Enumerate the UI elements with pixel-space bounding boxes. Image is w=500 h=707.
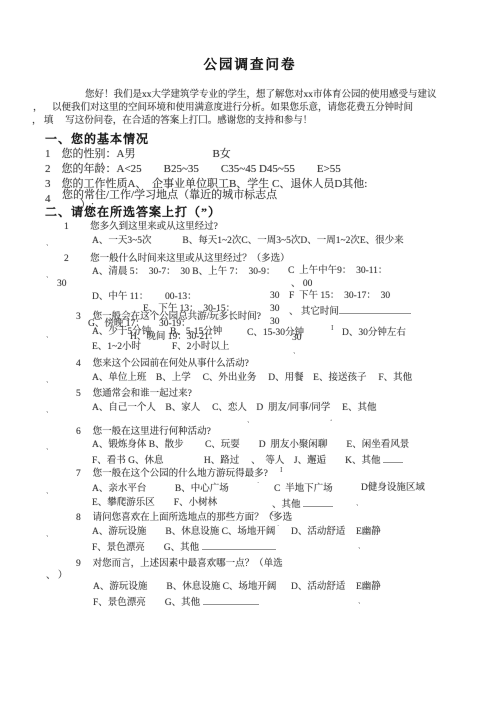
option: D健身设施区域 bbox=[361, 483, 425, 494]
stray-mark: 、 bbox=[293, 347, 300, 355]
wrap-fragment: 30 bbox=[57, 279, 67, 290]
page-title-text: 公园调查问卷 bbox=[204, 57, 297, 72]
option: B、5-15分钟 bbox=[170, 327, 222, 338]
stray-mark: ` bbox=[277, 524, 279, 532]
option-row: A、亲水平台 B、中心广场 bbox=[92, 484, 229, 495]
question-liked-aspects: 8 请问您喜欢在上面所选地点的那些方面？（多选 bbox=[76, 513, 292, 524]
option-row: A、清晨 5： 30-7： 30 B、上午 7： 30-9： bbox=[92, 267, 275, 278]
question-activity: 6 您一般在这里进行何种活动? bbox=[76, 427, 211, 438]
stray-mark: I bbox=[280, 465, 283, 474]
stray-mark: 、 bbox=[46, 271, 53, 279]
wrap-fragment: 30 bbox=[270, 317, 280, 328]
stray-mark: G bbox=[271, 509, 276, 518]
option: E幽静 bbox=[356, 527, 381, 538]
question-visit-time: 2 您一般什么时间来这里或从这里经过？（多选） bbox=[64, 254, 290, 265]
option-column: C 上午中午9： 30-11： bbox=[288, 266, 387, 277]
questionnaire-page: 公园调查问卷 您好！我们是xx大学建筑学专业的学生，想了解您对xx市体育公园的使… bbox=[0, 0, 500, 707]
wrap-fragment: 30 bbox=[292, 333, 302, 344]
stray-mark: 、 bbox=[358, 597, 365, 605]
stray-mark: 、 bbox=[46, 376, 53, 384]
intro-line: ， 以便我们对这里的空间环境和使用满意度进行分析。如果您乐意，请您花费五分钟时间 bbox=[33, 103, 413, 114]
option-row: F、景色漂亮 G、其他 bbox=[93, 596, 259, 609]
question-location: 您的常住/工作/学习地点（靠近的城市标志点 bbox=[62, 189, 277, 202]
stray-mark: ‘ bbox=[330, 418, 332, 426]
question-favorite-spot: 7 您一般在这个公园的什么地方游玩得最多? bbox=[76, 469, 268, 480]
intro-line: ， 填 写这份问卷，在合适的答案上打囗。感谢您的支持和参与！ bbox=[32, 116, 312, 127]
option-column: F 下午 15： 30-17： 30 bbox=[289, 291, 390, 302]
blank-underline bbox=[303, 498, 333, 507]
question-duration: 3 您一般会在这个公园总共游/玩多长时间? bbox=[76, 312, 261, 323]
stray-mark: 、 bbox=[46, 406, 53, 414]
page-title: 公园调查问卷 bbox=[0, 57, 500, 73]
option: C 半地下广场 bbox=[274, 484, 333, 495]
question-gender: 1 您的性别：A男 B女 bbox=[45, 148, 231, 161]
blank-underline bbox=[383, 454, 403, 463]
stray-mark: 、 bbox=[46, 239, 53, 247]
option-other: 、 其它时间 bbox=[289, 305, 411, 318]
option-row: A、游玩设施 B、休息设施 C、场地开阔 bbox=[92, 527, 275, 538]
option-row: A、锻炼身体 B、散步 C、玩耍 D 朋友小聚闲聊 E、闲坐看风景 bbox=[92, 440, 409, 451]
option-row: F、看书 G、休息 H、路过 、 等人 J、邂逅 K、其他 bbox=[92, 454, 403, 467]
section1-heading: 一、您的基本情况 bbox=[45, 132, 149, 146]
option: D、活动舒适 bbox=[291, 582, 345, 593]
stray-mark: 、 bbox=[46, 530, 53, 538]
stray-mark: I bbox=[331, 323, 334, 332]
question-favorite-aspect: 9 对您而言，上述因素中最喜欢哪一点？（单选 bbox=[76, 559, 283, 570]
stray-mark: 、 bbox=[358, 542, 365, 550]
blank-underline bbox=[203, 596, 259, 605]
stray-mark: 、 bbox=[247, 416, 254, 424]
option-row: E、1~2小时 F、2小时以上 bbox=[92, 342, 229, 353]
stray-mark: 、 bbox=[356, 499, 363, 507]
stray-mark: 、 bbox=[46, 487, 53, 495]
question-prior-activity: 4 您来这个公园前在何处从事什么活动? bbox=[76, 359, 249, 370]
option-row: D、中午 11： 00-13： bbox=[92, 292, 197, 303]
option-row: A、游玩设施 B、休息设施 C、场地开阔 bbox=[93, 582, 276, 593]
intro-line: 您好！我们是xx大学建筑学专业的学生，想了解您对xx市体育公园的使用感受与建议 bbox=[85, 90, 437, 101]
wrap-fragment: 30 bbox=[270, 304, 280, 315]
option-row: E、攀爬游乐区 F、小树林 bbox=[92, 498, 217, 509]
wrap-fragment: 、 00 bbox=[291, 279, 312, 290]
stray-mark: 、 bbox=[46, 331, 53, 339]
stray-mark: 、 bbox=[46, 443, 53, 451]
stray-mark: ` bbox=[257, 481, 259, 489]
option-row: A、自己一个人 B、家人 C、恋人 D 朋友/同事/同学 E、其他 bbox=[92, 403, 376, 414]
option-row: F、景色漂亮 G、其他 bbox=[92, 541, 276, 554]
option: D、30分钟左右 bbox=[342, 328, 406, 339]
question-age: 2 您的年龄：A<25 B25~35 C35~45 D45~55 E>55 bbox=[45, 163, 341, 176]
question-frequency: 1 您多久到这里来或从这里经过? bbox=[64, 222, 218, 233]
option: E幽静 bbox=[356, 582, 381, 593]
blank-underline bbox=[339, 305, 411, 314]
option: D、活动舒适 bbox=[291, 527, 345, 538]
option-row: A、一天3~5次 B、每天1~2次C、一周3~5次D、一周1~2次E、很少来 bbox=[92, 236, 404, 247]
wrap-fragment: 30 bbox=[270, 291, 280, 302]
option-row: A、单位上班 B、上学 C、外出业务 D、用餐 E、接送孩子 F、其他 bbox=[92, 373, 412, 384]
blank-underline bbox=[202, 541, 276, 550]
wrap-fragment: 、 ） bbox=[46, 571, 67, 582]
question-companion: 5 您通常会和谁一起过来? bbox=[76, 389, 192, 400]
section2-heading: 二、请您在所选答案上打（”） bbox=[45, 205, 221, 219]
option-other: 、其他 bbox=[272, 498, 333, 511]
